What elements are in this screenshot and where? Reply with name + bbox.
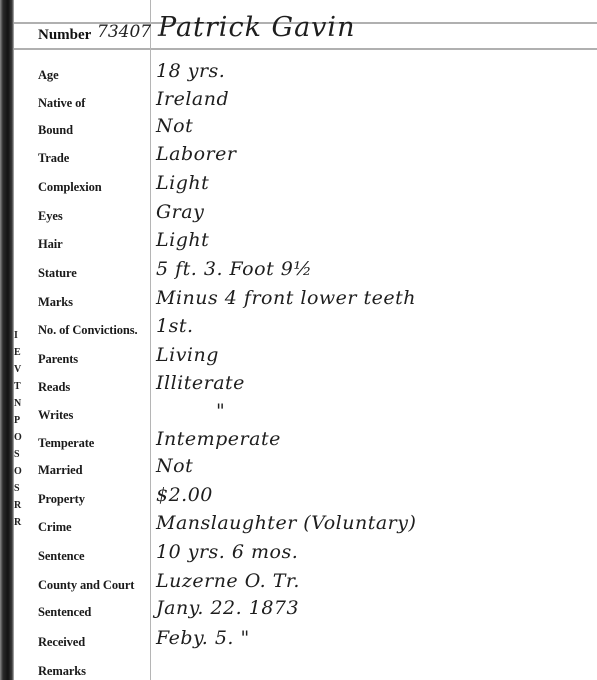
number-label: Number <box>38 27 91 44</box>
field-label: Reads <box>38 380 70 395</box>
field-label: Parents <box>38 352 78 367</box>
field-label: Temperate <box>38 436 94 451</box>
field-sentence: Sentence 10 yrs. 6 mos. <box>38 545 597 571</box>
field-age: Age 18 yrs. <box>38 64 597 90</box>
field-label: County and Court <box>38 578 134 593</box>
binding-letters: I E V T N P O S O S R R <box>14 330 24 528</box>
field-value: Light <box>156 229 209 251</box>
field-label: Hair <box>38 237 63 252</box>
field-hair: Hair Light <box>38 233 597 259</box>
field-value: Jany. 22. 1873 <box>156 597 299 619</box>
field-value: Illiterate <box>156 372 245 394</box>
binding-letter: N <box>14 398 24 409</box>
field-property: Property $2.00 <box>38 488 597 514</box>
field-label: Received <box>38 635 85 650</box>
field-parents: Parents Living <box>38 348 597 374</box>
field-label: Marks <box>38 295 73 310</box>
field-value: Intemperate <box>156 428 281 450</box>
field-label: Sentenced <box>38 605 91 620</box>
binding-letter: P <box>14 415 24 426</box>
field-crime: Crime Manslaughter (Voluntary) <box>38 516 597 542</box>
field-writes: Writes " <box>38 404 597 430</box>
header-rule-bottom <box>14 48 597 50</box>
field-trade: Trade Laborer <box>38 147 597 173</box>
field-bound: Bound Not <box>38 119 597 145</box>
field-temperate: Temperate Intemperate <box>38 432 597 458</box>
binding-letter: E <box>14 347 24 358</box>
field-label: Native of <box>38 96 85 111</box>
field-marks: Marks Minus 4 front lower teeth <box>38 291 597 317</box>
inmate-number: 73407 <box>97 22 151 42</box>
binding-letter: S <box>14 483 24 494</box>
binding-letter: I <box>14 330 24 341</box>
field-label: Trade <box>38 151 69 166</box>
field-eyes: Eyes Gray <box>38 205 597 231</box>
field-married: Married Not <box>38 459 597 485</box>
field-county-and-court: County and Court Luzerne O. Tr. <box>38 574 597 600</box>
field-reads: Reads Illiterate <box>38 376 597 402</box>
field-value: Manslaughter (Voluntary) <box>156 512 416 534</box>
field-sentenced: Sentenced Jany. 22. 1873 <box>38 601 597 627</box>
field-no-of-convictions: No. of Convictions. 1st. <box>38 319 597 345</box>
field-label: Writes <box>38 408 73 423</box>
binding-letter: O <box>14 432 24 443</box>
field-value: Not <box>156 115 193 137</box>
inmate-name: Patrick Gavin <box>158 12 355 43</box>
field-value: Ireland <box>156 88 229 110</box>
binding-letter: S <box>14 449 24 460</box>
field-value: Minus 4 front lower teeth <box>156 287 416 309</box>
field-value: Not <box>156 455 193 477</box>
book-binding <box>0 0 14 680</box>
binding-letter: T <box>14 381 24 392</box>
field-complexion: Complexion Light <box>38 176 597 202</box>
field-label: Remarks <box>38 664 86 679</box>
field-value: $2.00 <box>156 484 213 506</box>
field-value: Light <box>156 172 209 194</box>
field-remarks: Remarks <box>38 660 597 680</box>
field-label: Eyes <box>38 209 63 224</box>
field-label: Age <box>38 68 59 83</box>
binding-letter: V <box>14 364 24 375</box>
field-value: 1st. <box>156 315 194 337</box>
field-value: Living <box>156 344 219 366</box>
field-value: 10 yrs. 6 mos. <box>156 541 298 563</box>
field-label: No. of Convictions. <box>38 323 138 338</box>
binding-letter: R <box>14 517 24 528</box>
field-native-of: Native of Ireland <box>38 92 597 118</box>
field-value: Feby. 5. " <box>156 627 250 649</box>
field-label: Married <box>38 463 82 478</box>
binding-letter: O <box>14 466 24 477</box>
field-value: 5 ft. 3. Foot 9½ <box>156 258 312 280</box>
field-value: Gray <box>156 201 204 223</box>
field-value: Laborer <box>156 143 236 165</box>
field-received: Received Feby. 5. " <box>38 631 597 657</box>
field-value: Luzerne O. Tr. <box>156 570 300 592</box>
field-label: Sentence <box>38 549 84 564</box>
field-value: 18 yrs. <box>156 60 225 82</box>
field-label: Property <box>38 492 85 507</box>
field-stature: Stature 5 ft. 3. Foot 9½ <box>38 262 597 288</box>
field-value: " <box>216 400 225 422</box>
field-label: Stature <box>38 266 77 281</box>
field-label: Bound <box>38 123 73 138</box>
field-label: Crime <box>38 520 72 535</box>
field-label: Complexion <box>38 180 102 195</box>
binding-letter: R <box>14 500 24 511</box>
